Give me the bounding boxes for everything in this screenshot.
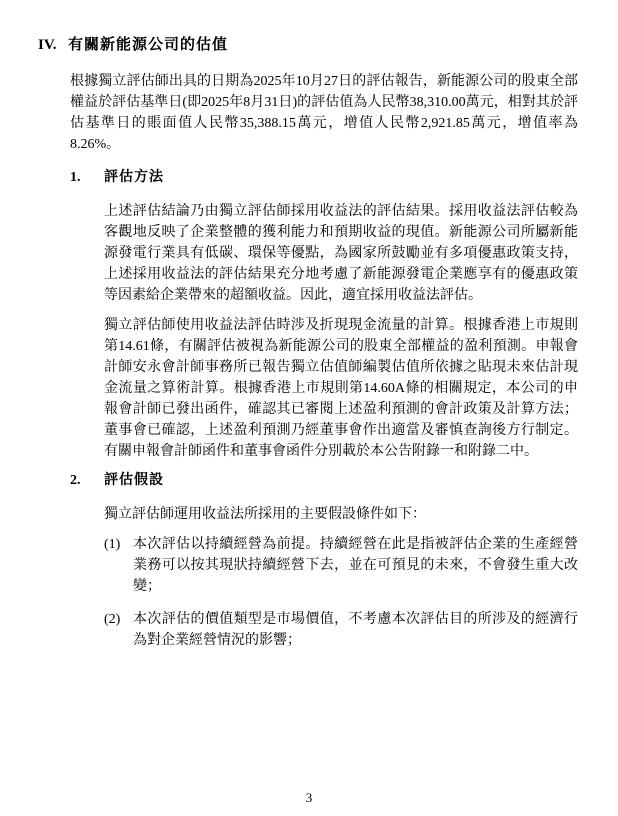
section-heading-numeral: IV. <box>38 36 68 55</box>
section-body: 根據獨立評估師出具的日期為2025年10月27日的評估報告，新能源公司的股東全部… <box>70 71 578 651</box>
intro-paragraph: 根據獨立評估師出具的日期為2025年10月27日的評估報告，新能源公司的股東全部… <box>70 71 578 155</box>
list-item-marker: (1) <box>104 534 133 597</box>
list-item: (2) 本次評估的價值類型是市場價值，不考慮本次評估目的所涉及的經濟行為對企業經… <box>104 609 578 651</box>
section-heading-title: 有關新能源公司的估值 <box>68 36 228 55</box>
subsection-title: 評估假設 <box>104 471 164 490</box>
subsection-valuation-assumptions: 2. 評估假設 獨立評估師運用收益法所採用的主要假設條件如下： (1) 本次評估… <box>70 471 578 651</box>
assumptions-list: (1) 本次評估以持續經營為前提。持續經營在此是指被評估企業的生產經營業務可以按… <box>104 534 578 651</box>
subsection-number: 2. <box>70 471 104 490</box>
subsection-heading: 1. 評估方法 <box>70 168 578 187</box>
document-page: IV. 有關新能源公司的估值 根據獨立評估師出具的日期為2025年10月27日的… <box>0 0 618 816</box>
list-item-text: 本次評估的價值類型是市場價值，不考慮本次評估目的所涉及的經濟行為對企業經營情況的… <box>133 609 578 651</box>
subsection-body: 上述評估結論乃由獨立評估師採用收益法的評估結果。採用收益法評估較為客觀地反映了企… <box>104 201 578 462</box>
list-item: (1) 本次評估以持續經營為前提。持續經營在此是指被評估企業的生產經營業務可以按… <box>104 534 578 597</box>
paragraph: 獨立評估師運用收益法所採用的主要假設條件如下： <box>104 504 578 525</box>
list-item-text: 本次評估以持續經營為前提。持續經營在此是指被評估企業的生產經營業務可以按其現狀持… <box>133 534 578 597</box>
subsection-valuation-method: 1. 評估方法 上述評估結論乃由獨立評估師採用收益法的評估結果。採用收益法評估較… <box>70 168 578 462</box>
paragraph: 上述評估結論乃由獨立評估師採用收益法的評估結果。採用收益法評估較為客觀地反映了企… <box>104 201 578 306</box>
subsection-number: 1. <box>70 168 104 187</box>
page-number: 3 <box>0 790 618 806</box>
section-heading: IV. 有關新能源公司的估值 <box>38 36 578 55</box>
paragraph: 獨立評估師使用收益法評估時涉及折現現金流量的計算。根據香港上市規則第14.61條… <box>104 315 578 462</box>
subsection-title: 評估方法 <box>104 168 164 187</box>
subsection-body: 獨立評估師運用收益法所採用的主要假設條件如下： (1) 本次評估以持續經營為前提… <box>104 504 578 651</box>
subsection-heading: 2. 評估假設 <box>70 471 578 490</box>
list-item-marker: (2) <box>104 609 133 651</box>
